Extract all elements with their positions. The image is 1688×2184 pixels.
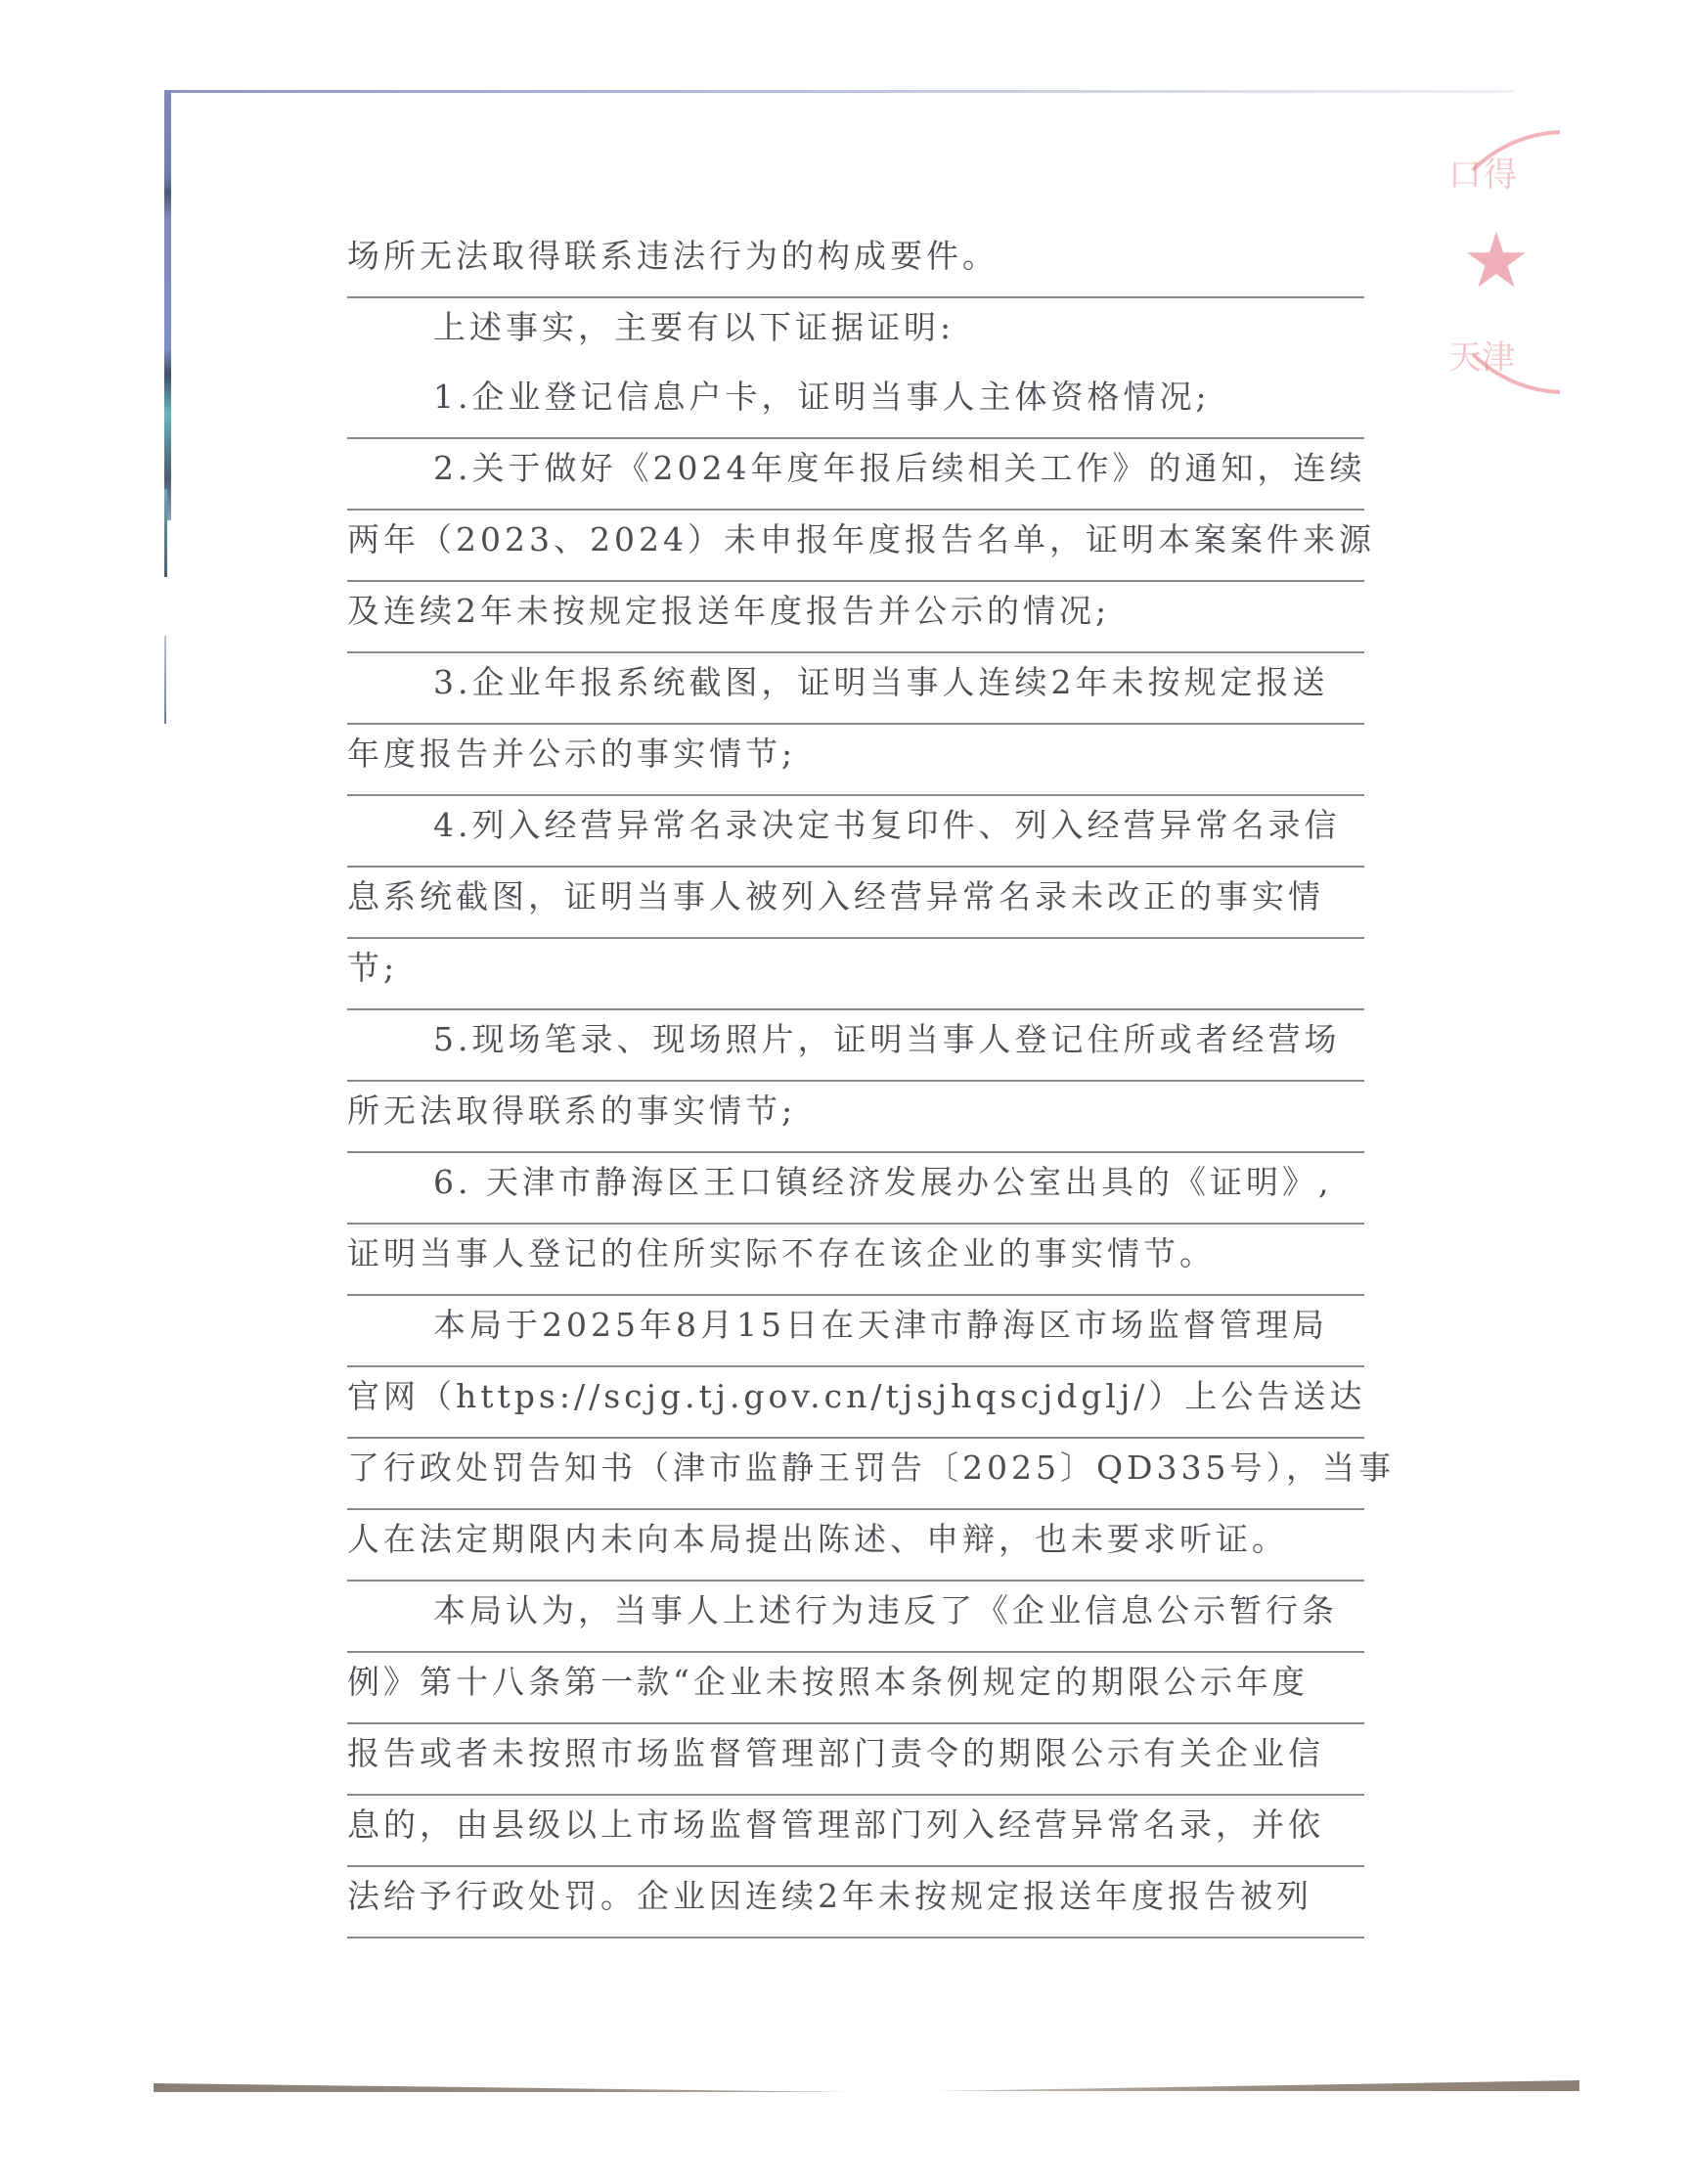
text-line: 法给予行政处罚。企业因连续2年未按规定报送年度报告被列 xyxy=(347,1867,1364,1939)
page-edge-bottom-left xyxy=(154,2083,858,2092)
text-line: 年度报告并公示的事实情节; xyxy=(347,725,1364,796)
evidence-item-5: 5.现场笔录、现场照片，证明当事人登记住所或者经营场 xyxy=(347,1010,1364,1082)
evidence-item-4: 4.列入经营异常名录决定书复印件、列入经营异常名录信 xyxy=(347,796,1364,868)
text-line: 节; xyxy=(347,939,1364,1010)
text-line: 及连续2年未按规定报送年度报告并公示的情况; xyxy=(347,582,1364,653)
text-line: 官网（https://scjg.tj.gov.cn/tjsjhqscjdglj/… xyxy=(347,1367,1364,1439)
page-edge-top xyxy=(164,90,1514,93)
text-line: 场所无法取得联系违法行为的构成要件。 xyxy=(347,227,1364,298)
document-body: 场所无法取得联系违法行为的构成要件。 上述事实，主要有以下证据证明: 1.企业登… xyxy=(347,227,1364,1939)
text-line: 例》第十八条第一款“企业未按照本条例规定的期限公示年度 xyxy=(347,1653,1364,1724)
evidence-item-1: 1.企业登记信息户卡，证明当事人主体资格情况; xyxy=(347,368,1364,439)
evidence-item-2: 2.关于做好《2024年度年报后续相关工作》的通知，连续 xyxy=(347,439,1364,511)
evidence-item-6: 6. 天津市静海区王口镇经济发展办公室出具的《证明》, xyxy=(347,1153,1364,1225)
page-edge-left xyxy=(164,90,171,520)
text-line: 上述事实，主要有以下证据证明: xyxy=(347,298,1364,368)
page-edge-left-strip xyxy=(164,489,167,577)
evidence-item-3: 3.企业年报系统截图，证明当事人连续2年未按规定报送 xyxy=(347,653,1364,725)
paragraph-notice: 本局于2025年8月15日在天津市静海区市场监督管理局 xyxy=(347,1296,1364,1367)
text-line: 人在法定期限内未向本局提出陈述、申辩，也未要求听证。 xyxy=(347,1510,1364,1582)
text-line: 两年（2023、2024）未申报年度报告名单，证明本案案件来源 xyxy=(347,511,1364,582)
seal-text-top: 口得 xyxy=(1448,148,1519,196)
text-line: 息系统截图，证明当事人被列入经营异常名录未改正的事实情 xyxy=(347,868,1364,939)
text-line: 了行政处罚告知书（津市监静王罚告〔2025〕QD335号），当事 xyxy=(347,1439,1364,1510)
page-edge-bottom-right xyxy=(934,2080,1579,2091)
paragraph-finding: 本局认为，当事人上述行为违反了《企业信息公示暂行条 xyxy=(347,1582,1364,1653)
page-edge-left-strip xyxy=(164,636,166,724)
star-icon: ★ xyxy=(1462,223,1531,299)
text-line: 息的，由县级以上市场监督管理部门列入经营异常名录，并依 xyxy=(347,1796,1364,1867)
seal-text-bottom: 天津 xyxy=(1448,331,1515,379)
text-line: 报告或者未按照市场监督管理部门责令的期限公示有关企业信 xyxy=(347,1724,1364,1796)
text-line: 证明当事人登记的住所实际不存在该企业的事实情节。 xyxy=(347,1225,1364,1296)
official-seal-stamp: 口得 ★ 天津 xyxy=(1433,130,1560,394)
text-line: 所无法取得联系的事实情节; xyxy=(347,1082,1364,1153)
